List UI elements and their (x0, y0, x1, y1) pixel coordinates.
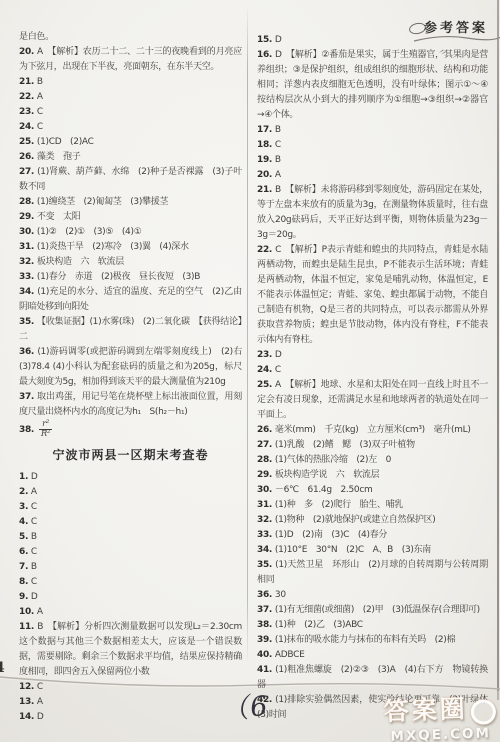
answer-number: 37. (257, 605, 275, 615)
answer-line: 7. B (19, 560, 242, 575)
answer-number: 2. (19, 487, 31, 497)
answer-number: 27. (257, 440, 275, 450)
answer-line: 9. D (19, 590, 242, 605)
answer-number: 25. (19, 137, 37, 147)
answer-line: 27. (1)乳酸 (2)鳍 鳃 (3)双子叶植物 (257, 438, 488, 453)
answer-line: 10. A (19, 605, 242, 620)
answer-line: 24. C (257, 363, 488, 378)
answer-number: 38. (257, 620, 275, 630)
answer-line: 28. (1)气体的热胀冷缩 (2)左 0 (257, 453, 488, 468)
scan-right-edge (497, 0, 499, 700)
answer-number: 22. (257, 245, 275, 255)
answer-number: 1. (19, 472, 31, 482)
answer-number: 32. (19, 257, 37, 267)
answer-number: 30. (257, 485, 275, 495)
answer-line: 32. 板块构造 六 软流层 (19, 255, 242, 270)
answer-line: 38. (1)种 (2)乙 (3)ABC (257, 618, 488, 633)
answer-number: 31. (257, 500, 275, 510)
answer-number: 20. (257, 170, 275, 180)
answer-line: 11. B 【解析】分析四次测量数据可以发现L₂＝2.30cm这个数据与其他三个… (19, 620, 242, 680)
answer-line: 23. C (19, 105, 242, 120)
column-divider-line (247, 4, 248, 664)
answer-number: 22. (19, 92, 37, 102)
answer-number: 26. (257, 425, 275, 435)
answer-number: 30. (19, 227, 37, 237)
watermark: 答案圈 MXQE.COM (383, 688, 497, 742)
watermark-url-text: MXQE.COM (384, 725, 497, 742)
answer-line: 14. D (19, 710, 242, 725)
answer-number: 38. (19, 425, 37, 435)
answer-line: 19. B (257, 153, 488, 168)
answer-number: 7. (19, 562, 31, 572)
answer-line: 31. (1)炎热干旱 (2)寒冷 (3)翼 (4)深水 (19, 240, 242, 255)
right-answer-column: 15. D16. D 【解析】②番茄是果实，属于生殖器官，其果肉是营养组织；③是… (257, 33, 488, 723)
answer-line: 40. ADBCE (257, 648, 488, 663)
answer-number: 5. (19, 532, 31, 542)
answer-line: 26. 藻类 孢子 (19, 150, 242, 165)
answer-line: 16. D 【解析】②番茄是果实，属于生殖器官，其果肉是营养组织；③是保护组织，… (257, 48, 488, 123)
answer-number: 35. (257, 560, 275, 570)
answer-number: 32. (257, 515, 275, 525)
left-answer-column: 是白色。20. A 【解析】农历二十二、二十三的夜晚看到的月亮应为下弦月，出现在… (19, 30, 242, 725)
answer-line: 4. C (19, 515, 242, 530)
answer-line: 31. (1)种 多 (2)爬行 胎生、哺乳 (257, 498, 488, 513)
answer-number: 8. (19, 577, 31, 587)
answer-line: 20. A (257, 168, 488, 183)
scanned-answer-page: 参考答案 〃 是白色。20. A 【解析】农历二十二、二十三的夜晚看到的月亮应为… (0, 0, 500, 742)
answer-number: 24. (19, 122, 37, 132)
answer-line: 32. (1)物种 (2)就地保护(或建立自然保护区) (257, 513, 488, 528)
answer-line: 17. B (257, 123, 488, 138)
answer-number: 41. (257, 665, 275, 675)
answer-line: 3. C (19, 500, 242, 515)
answer-number: 18. (257, 140, 275, 150)
fraction-formula: r²R² (39, 420, 52, 439)
answer-line: 25. (1)CD (2)AC (19, 135, 242, 150)
answer-number: 36. (19, 347, 37, 357)
answer-number: 14. (19, 712, 37, 722)
answer-line: 21. B (19, 75, 242, 90)
answer-line: 26. 毫米(mm) 千克(kg) 立方厘米(cm³) 毫升(mL) (257, 423, 488, 438)
answer-line: 27. (1)肾蕨、葫芦藓、水绵 (2)种子是否裸露 (3)子叶数不同 (19, 165, 242, 195)
answer-number: 28. (19, 197, 37, 207)
watermark-circle-icon (470, 699, 496, 725)
answer-number: 23. (257, 350, 275, 360)
answer-line: 8. C (19, 575, 242, 590)
answer-number: 23. (19, 107, 37, 117)
answer-line: 35. (1)天然卫星 环形山 (2)月球的自转周期与公转周期相同 (257, 558, 488, 588)
answer-line: 6. C (19, 545, 242, 560)
answer-line: 24. C (19, 120, 242, 135)
answer-number: 34. (19, 287, 37, 297)
answer-number: 21. (19, 77, 37, 87)
answer-line: 36. 30 (257, 588, 488, 603)
answer-number: 36. (257, 590, 275, 600)
answer-line: 是白色。 (19, 30, 242, 45)
answer-line: 28. (1)缠绕茎 (2)匍匐茎 (3)攀援茎 (19, 195, 242, 210)
answer-number: 3. (19, 502, 31, 512)
answer-line: 33. (1)春分 赤道 (2)极夜 昼长夜短 (3)B (19, 270, 242, 285)
answer-number: 20. (19, 47, 37, 57)
answer-number: 33. (19, 272, 37, 282)
answer-line: 36. (1)游码调零(或把游码调到左端零刻度线上) (2)右 (3)78.4 … (19, 345, 242, 390)
answer-number: 16. (257, 50, 275, 60)
section-title: 宁波市两县一区期末考查卷 (19, 446, 242, 464)
answer-number: 37. (19, 392, 37, 402)
answer-line: 38. r²R² (19, 420, 242, 439)
answer-number: 4. (19, 517, 31, 527)
answer-number: 11. (19, 622, 37, 632)
answer-number: 6. (19, 547, 31, 557)
answer-number: 35. (19, 317, 37, 327)
answer-number: 29. (257, 470, 275, 480)
answer-number: 40. (257, 650, 275, 660)
answer-line: 37. 取出鸡蛋，用记号笔在烧杯壁上标出液面位置，用刻度尺量出烧杯内水的高度记为… (19, 390, 242, 420)
answer-number: 17. (257, 125, 275, 135)
answer-line: 29. 不变 太阳 (19, 210, 242, 225)
answer-number: 21. (257, 185, 275, 195)
answer-line: 34. (1)充足的水分、适宜的温度、充足的空气 (2)乙由阴暗处移到向阳处 (19, 285, 242, 315)
answer-line: 5. B (19, 530, 242, 545)
answer-number: 10. (19, 607, 37, 617)
answer-number: 9. (19, 592, 31, 602)
answer-line: 29. 板块构造学说 六 软流层 (257, 468, 488, 483)
answer-line: 15. D (257, 33, 488, 48)
answer-line: 2. A (19, 485, 242, 500)
answer-number: 15. (257, 35, 275, 45)
answer-number: 28. (257, 455, 275, 465)
answer-number: 12. (19, 682, 37, 692)
answer-line: 1. D (19, 470, 242, 485)
answer-number: 31. (19, 242, 37, 252)
page-number: 4 (0, 660, 5, 676)
answer-number: 19. (257, 155, 275, 165)
watermark-brand-text: 答案圈 (383, 694, 468, 726)
answer-number: 34. (257, 545, 275, 555)
answer-number: 13. (19, 697, 37, 707)
answer-line: 33. (1)D (2)南 (3)C (4)春分 (257, 528, 488, 543)
answer-line: 37. (1)有无细菌(或细菌) (2)甲 (3)低温保存(合理即可) (257, 603, 488, 618)
answer-number: 27. (19, 167, 37, 177)
answer-line: 34. (1)10°E 30°N (2)C A、B (3)东南 (257, 543, 488, 558)
answer-line: 39. (1)抹布的吸水能力与抹布的布料有关吗 (2)棉 (257, 633, 488, 648)
answer-line: 18. C (257, 138, 488, 153)
handwritten-grade-mark: （6 (219, 684, 271, 728)
answer-line: 22. A (19, 90, 242, 105)
answer-number: 24. (257, 365, 275, 375)
answer-number: 25. (257, 380, 275, 390)
answer-line: 25. A 【解析】地球、水星和太阳处在同一直线上时且不一定会有凌日现象，还需满… (257, 378, 488, 423)
answer-line: 20. A 【解析】农历二十二、二十三的夜晚看到的月亮应为下弦月，出现在下半夜，… (19, 45, 242, 75)
answer-number: 29. (19, 212, 37, 222)
answer-number: 33. (257, 530, 275, 540)
answer-line: 30. －6℃ 61.4g 2.50cm (257, 483, 488, 498)
answer-line: 21. B 【解析】未将游码移到零刻度处，游码固定在某处，等于左盘本来放有的质量… (257, 183, 488, 243)
answer-number: 26. (19, 152, 37, 162)
answer-number: 39. (257, 635, 275, 645)
answer-line: 22. C 【解析】P表示青蛙和蝗虫的共同特点，青蛙是水陆两栖动物，而蝗虫是陆生… (257, 243, 488, 348)
answer-line: 35. 【收集证据】(1)水雾(珠) (2)二氧化碳 【获得结论】二 (19, 315, 242, 345)
answer-line: 30. (1)② (2)① (3)⑤ (4)① (19, 225, 242, 240)
answer-line: 13. A (19, 695, 242, 710)
answer-line: 12. C (19, 680, 242, 695)
answer-line: 23. D (257, 348, 488, 363)
